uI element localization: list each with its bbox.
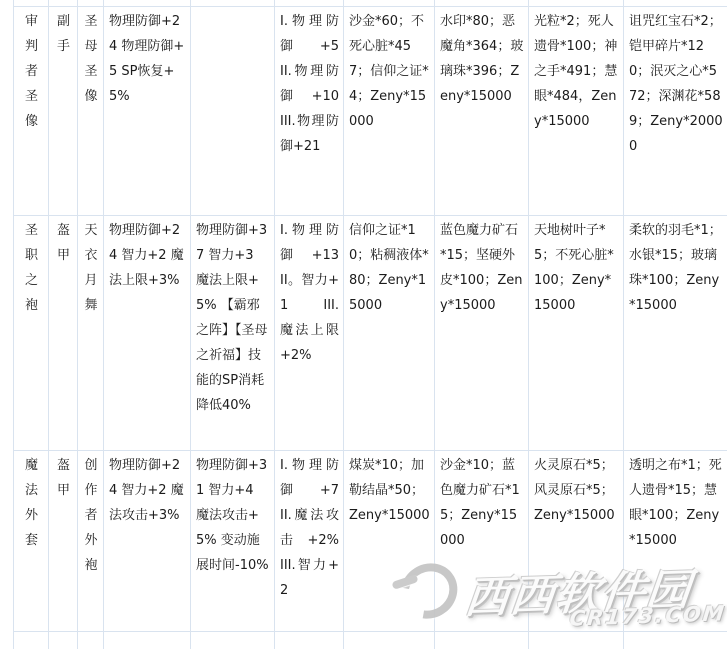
cell-item-name: 魔法外套: [14, 450, 49, 631]
equipment-table: 审判者圣像 副手 圣母圣像 物理防御+24 物理防御+5 SP恢复+5% I.物…: [13, 0, 727, 649]
cell-upgrade-levels: I.物理防御+5 II.物理防御+10 III.物理防御+21: [275, 6, 344, 215]
cell-materials-4: 诅咒红宝石*2；铠甲碎片*120；泯灭之心*572；深渊花*589；Zeny*2…: [624, 6, 727, 215]
cell-materials-3: 火灵原石*5；风灵原石*5；Zeny*15000: [529, 450, 624, 631]
table-row: 圣职之袍 盔甲 天衣月舞 物理防御+24 智力+2 魔法上限+3% 物理防御+3…: [14, 215, 727, 450]
table-row: 魔法外套 盔甲 创作者外袍 物理防御+24 智力+2 魔法攻击+3% 物理防御+…: [14, 450, 727, 631]
cell-item-name: 圣职之袍: [14, 215, 49, 450]
cell-materials-2: 水印*80；恶魔角*364；玻璃珠*396；Zeny*15000: [435, 6, 529, 215]
table-row-cropped-bottom: [14, 631, 727, 649]
empty-cell: [529, 631, 624, 649]
cell-slot: 盔甲: [49, 450, 78, 631]
cell-materials-4: 透明之布*1；死人遗骨*15；慧眼*100；Zeny*15000: [624, 450, 727, 631]
empty-cell: [14, 631, 49, 649]
cell-stats-base: 物理防御+24 物理防御+5 SP恢复+5%: [104, 6, 191, 215]
cell-stats-enhanced: 物理防御+37 智力+3 魔法上限+5% 【霸邪之阵】【圣母之祈福】技能的SP消…: [191, 215, 275, 450]
empty-cell: [78, 631, 104, 649]
cell-materials-1: 信仰之证*10；粘稠液体*80；Zeny*15000: [344, 215, 435, 450]
cell-stats-base: 物理防御+24 智力+2 魔法上限+3%: [104, 215, 191, 450]
cell-materials-2: 沙金*10；蓝色魔力矿石*15；Zeny*15000: [435, 450, 529, 631]
cell-stats-enhanced: 物理防御+31 智力+4 魔法攻击+5% 变动施展时间-10%: [191, 450, 275, 631]
cell-set-name: 创作者外袍: [78, 450, 104, 631]
equipment-table-page: 审判者圣像 副手 圣母圣像 物理防御+24 物理防御+5 SP恢复+5% I.物…: [0, 0, 727, 649]
empty-cell: [435, 631, 529, 649]
empty-cell: [344, 631, 435, 649]
cell-slot: 盔甲: [49, 215, 78, 450]
cell-materials-3: 天地树叶子*5；不死心脏*100；Zeny*15000: [529, 215, 624, 450]
cell-upgrade-levels: I.物理防御+7 II.魔法攻击+2% III.智力+2: [275, 450, 344, 631]
empty-cell: [49, 631, 78, 649]
cell-item-name: 审判者圣像: [14, 6, 49, 215]
cell-slot: 副手: [49, 6, 78, 215]
cell-upgrade-levels: I.物理防御+13 II。智力+1 III.魔法上限+2%: [275, 215, 344, 450]
cell-set-name: 圣母圣像: [78, 6, 104, 215]
cell-set-name: 天衣月舞: [78, 215, 104, 450]
cell-materials-1: 煤炭*10；加勒结晶*50；Zeny*15000: [344, 450, 435, 631]
empty-cell: [624, 631, 727, 649]
cell-materials-1: 沙金*60；不死心脏*457；信仰之证*4；Zeny*15000: [344, 6, 435, 215]
cell-materials-3: 光粒*2；死人遗骨*100；神之手*491；慧眼*484，Zeny*15000: [529, 6, 624, 215]
cell-stats-enhanced: [191, 6, 275, 215]
cell-materials-2: 蓝色魔力矿石*15；坚硬外皮*100；Zeny*15000: [435, 215, 529, 450]
empty-cell: [104, 631, 191, 649]
cell-stats-base: 物理防御+24 智力+2 魔法攻击+3%: [104, 450, 191, 631]
cell-materials-4: 柔软的羽毛*1；水银*15；玻璃珠*100；Zeny*15000: [624, 215, 727, 450]
empty-cell: [191, 631, 275, 649]
empty-cell: [275, 631, 344, 649]
table-row: 审判者圣像 副手 圣母圣像 物理防御+24 物理防御+5 SP恢复+5% I.物…: [14, 6, 727, 215]
